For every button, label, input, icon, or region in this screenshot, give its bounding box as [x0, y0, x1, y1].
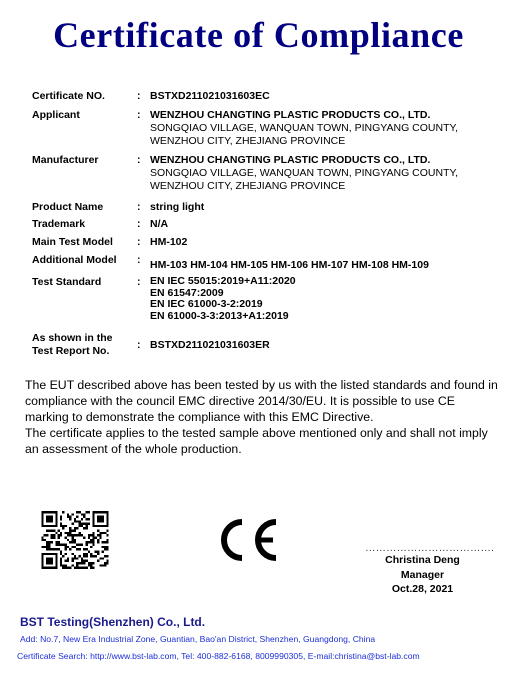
- signature-date: Oct.28, 2021: [365, 582, 480, 597]
- statement-paragraph-2: The certificate applies to the tested sa…: [25, 425, 500, 457]
- footer-contact[interactable]: Certificate Search: http://www.bst-lab.c…: [17, 651, 420, 661]
- field-additional-model: Additional Model : HM-103 HM-104 HM-105 …: [32, 254, 502, 272]
- field-manufacturer: Manufacturer : WENZHOU CHANGTING PLASTIC…: [32, 154, 502, 193]
- applicant-address-line2: WENZHOU CITY, ZHEJIANG PROVINCE: [150, 135, 502, 148]
- footer-company-name: BST Testing(Shenzhen) Co., Ltd.: [20, 615, 205, 629]
- field-separator: :: [137, 236, 141, 249]
- field-applicant: Applicant : WENZHOU CHANGTING PLASTIC PR…: [32, 109, 502, 148]
- field-separator: :: [137, 154, 141, 167]
- field-separator: :: [137, 90, 141, 103]
- field-separator: :: [137, 254, 141, 267]
- ce-mark-icon: [212, 517, 282, 568]
- trademark-value: N/A: [150, 218, 168, 230]
- signature-line: ……………………………….: [365, 545, 480, 553]
- field-label: Main Test Model: [32, 236, 113, 249]
- test-report-label-line1: As shown in the: [32, 332, 113, 345]
- field-test-standard: Test Standard : EN IEC 55015:2019+A11:20…: [32, 276, 502, 322]
- field-label: Trademark: [32, 218, 85, 231]
- main-test-model-value: HM-102: [150, 236, 187, 248]
- manufacturer-address-line2: WENZHOU CITY, ZHEJIANG PROVINCE: [150, 180, 502, 193]
- test-standard-item: EN 61000-3-3:2013+A1:2019: [150, 311, 502, 323]
- field-trademark: Trademark : N/A: [32, 218, 502, 231]
- field-label: Manufacturer: [32, 154, 99, 167]
- field-label: Product Name: [32, 201, 103, 214]
- field-certificate-no: Certificate NO. : BSTXD211021031603EC: [32, 90, 502, 103]
- field-test-report: As shown in the Test Report No. : BSTXD2…: [32, 332, 502, 352]
- signature-block: ………………………………. Christina Deng Manager Oct…: [365, 545, 480, 597]
- field-main-test-model: Main Test Model : HM-102: [32, 236, 502, 249]
- field-separator: :: [137, 339, 141, 352]
- field-label: Applicant: [32, 109, 80, 122]
- field-label: Test Standard: [32, 276, 101, 289]
- applicant-address-line1: SONGQIAO VILLAGE, WANQUAN TOWN, PINGYANG…: [150, 122, 502, 135]
- signatory-title: Manager: [365, 568, 480, 583]
- manufacturer-name: WENZHOU CHANGTING PLASTIC PRODUCTS CO., …: [150, 154, 502, 167]
- certificate-number: BSTXD211021031603EC: [150, 90, 270, 102]
- applicant-name: WENZHOU CHANGTING PLASTIC PRODUCTS CO., …: [150, 109, 502, 122]
- compliance-statement: The EUT described above has been tested …: [25, 377, 500, 457]
- field-separator: :: [137, 218, 141, 231]
- field-label: Certificate NO.: [32, 90, 105, 103]
- field-label: Additional Model: [32, 254, 117, 267]
- manufacturer-address-line1: SONGQIAO VILLAGE, WANQUAN TOWN, PINGYANG…: [150, 167, 502, 180]
- certificate-title: Certificate of Compliance: [0, 14, 517, 56]
- field-separator: :: [137, 201, 141, 214]
- additional-model-value: HM-103 HM-104 HM-105 HM-106 HM-107 HM-10…: [150, 259, 429, 271]
- test-standard-item: EN IEC 55015:2019+A11:2020: [150, 276, 502, 288]
- statement-paragraph-1: The EUT described above has been tested …: [25, 377, 500, 425]
- field-separator: :: [137, 276, 141, 289]
- field-label: As shown in the Test Report No.: [32, 332, 113, 358]
- field-product-name: Product Name : string light: [32, 201, 502, 214]
- test-standard-item: EN IEC 61000-3-2:2019: [150, 299, 502, 311]
- footer-address: Add: No.7, New Era Industrial Zone, Guan…: [20, 634, 375, 644]
- field-separator: :: [137, 109, 141, 122]
- qr-code-icon[interactable]: [41, 511, 109, 569]
- signatory-name: Christina Deng: [365, 553, 480, 568]
- product-name-value: string light: [150, 201, 204, 213]
- test-report-number: BSTXD211021031603ER: [150, 339, 270, 351]
- test-report-label-line2: Test Report No.: [32, 345, 113, 358]
